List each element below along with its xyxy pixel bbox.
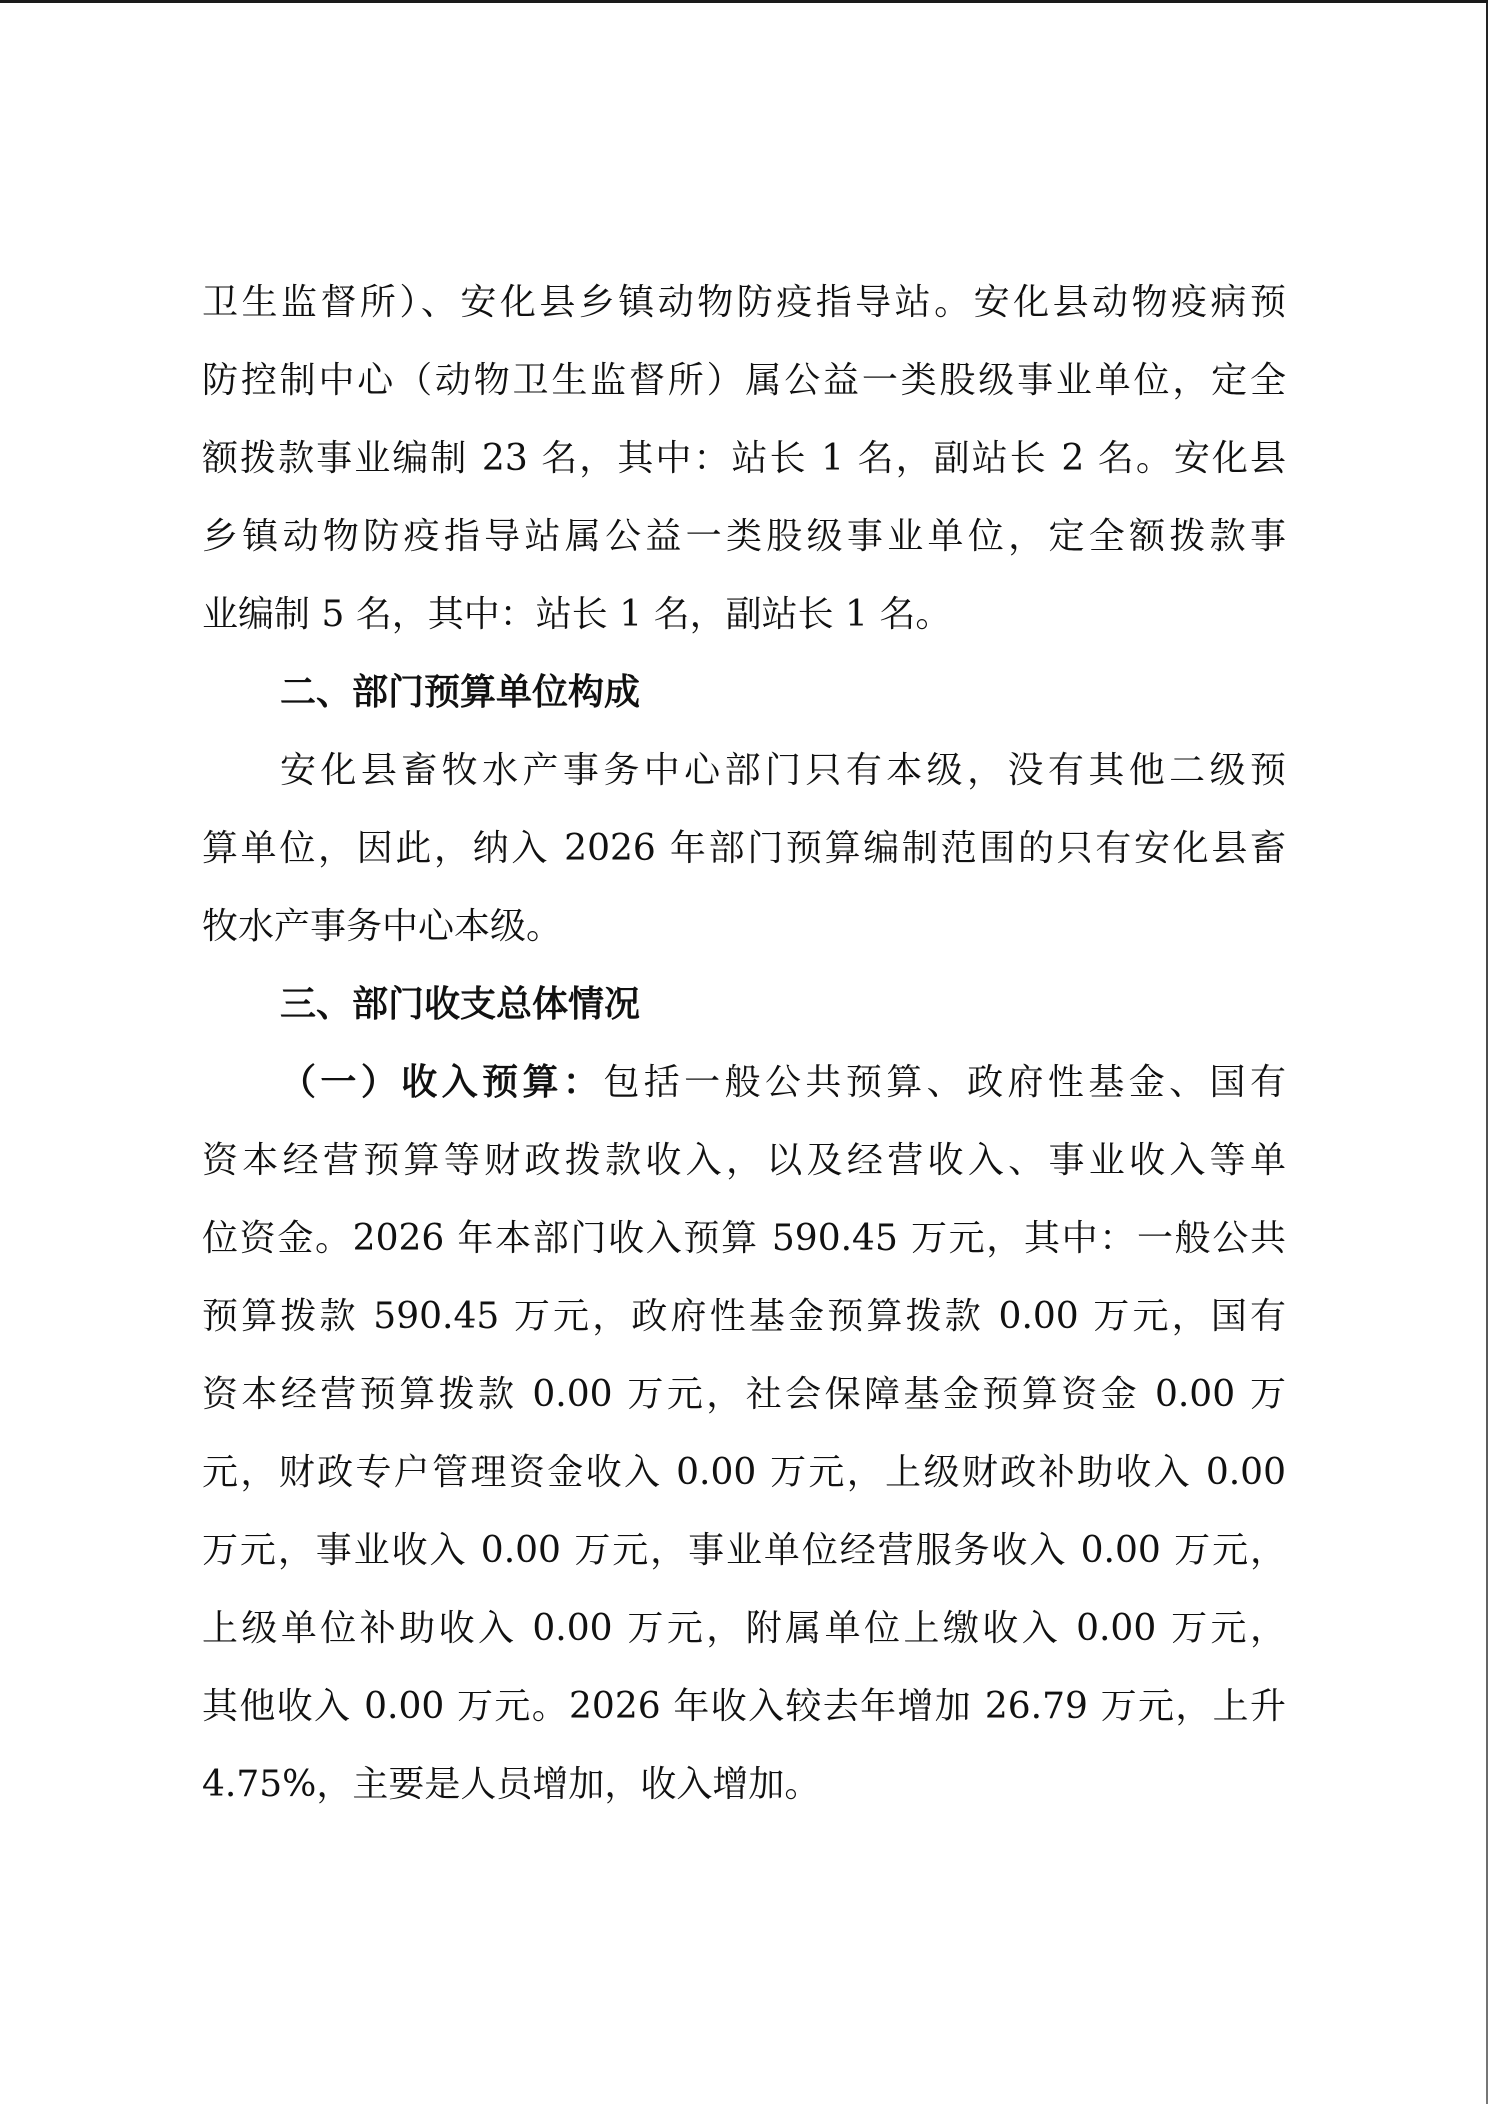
text-line: 位资金。2026 年本部门收入预算 590.45 万元，其中：一般公共 xyxy=(202,1215,1286,1263)
text-line: （一）收入预算：包括一般公共预算、政府性基金、国有 xyxy=(280,1059,1286,1107)
text-line: 卫生监督所）、安化县乡镇动物防疫指导站。安化县动物疫病预 xyxy=(202,279,1286,327)
text-line: 预算拨款 590.45 万元，政府性基金预算拨款 0.00 万元，国有 xyxy=(202,1293,1286,1341)
text-line: 其他收入 0.00 万元。2026 年收入较去年增加 26.79 万元，上升 xyxy=(202,1683,1286,1731)
text-line: 乡镇动物防疫指导站属公益一类股级事业单位，定全额拨款事 xyxy=(202,513,1286,561)
text-line: 防控制中心（动物卫生监督所）属公益一类股级事业单位，定全 xyxy=(202,357,1286,405)
text-line: 安化县畜牧水产事务中心部门只有本级，没有其他二级预 xyxy=(280,747,1286,795)
text-line: 额拨款事业编制 23 名，其中：站长 1 名，副站长 2 名。安化县 xyxy=(202,435,1286,483)
text-line: 资本经营预算拨款 0.00 万元，社会保障基金预算资金 0.00 万 xyxy=(202,1371,1286,1419)
text-line: 元，财政专户管理资金收入 0.00 万元，上级财政补助收入 0.00 xyxy=(202,1449,1286,1497)
text-line: 资本经营预算等财政拨款收入，以及经营收入、事业收入等单 xyxy=(202,1137,1286,1185)
text-line: 业编制 5 名，其中：站长 1 名，副站长 1 名。 xyxy=(202,591,1286,639)
text-line: 上级单位补助收入 0.00 万元，附属单位上缴收入 0.00 万元， xyxy=(202,1605,1286,1653)
subsection-label-income-budget: （一）收入预算： xyxy=(280,1062,603,1103)
section-heading-budget-units: 二、部门预算单位构成 xyxy=(280,669,1286,717)
section-heading-overall-revenue-expenditure: 三、部门收支总体情况 xyxy=(280,981,1286,1029)
text-run: 包括一般公共预算、政府性基金、国有 xyxy=(603,1062,1286,1103)
document-page: 卫生监督所）、安化县乡镇动物防疫指导站。安化县动物疫病预 防控制中心（动物卫生监… xyxy=(0,0,1488,2104)
text-line: 万元，事业收入 0.00 万元，事业单位经营服务收入 0.00 万元， xyxy=(202,1527,1286,1575)
text-line: 算单位，因此，纳入 2026 年部门预算编制范围的只有安化县畜 xyxy=(202,825,1286,873)
text-line: 4.75%，主要是人员增加，收入增加。 xyxy=(202,1761,1286,1809)
text-line: 牧水产事务中心本级。 xyxy=(202,903,1286,951)
